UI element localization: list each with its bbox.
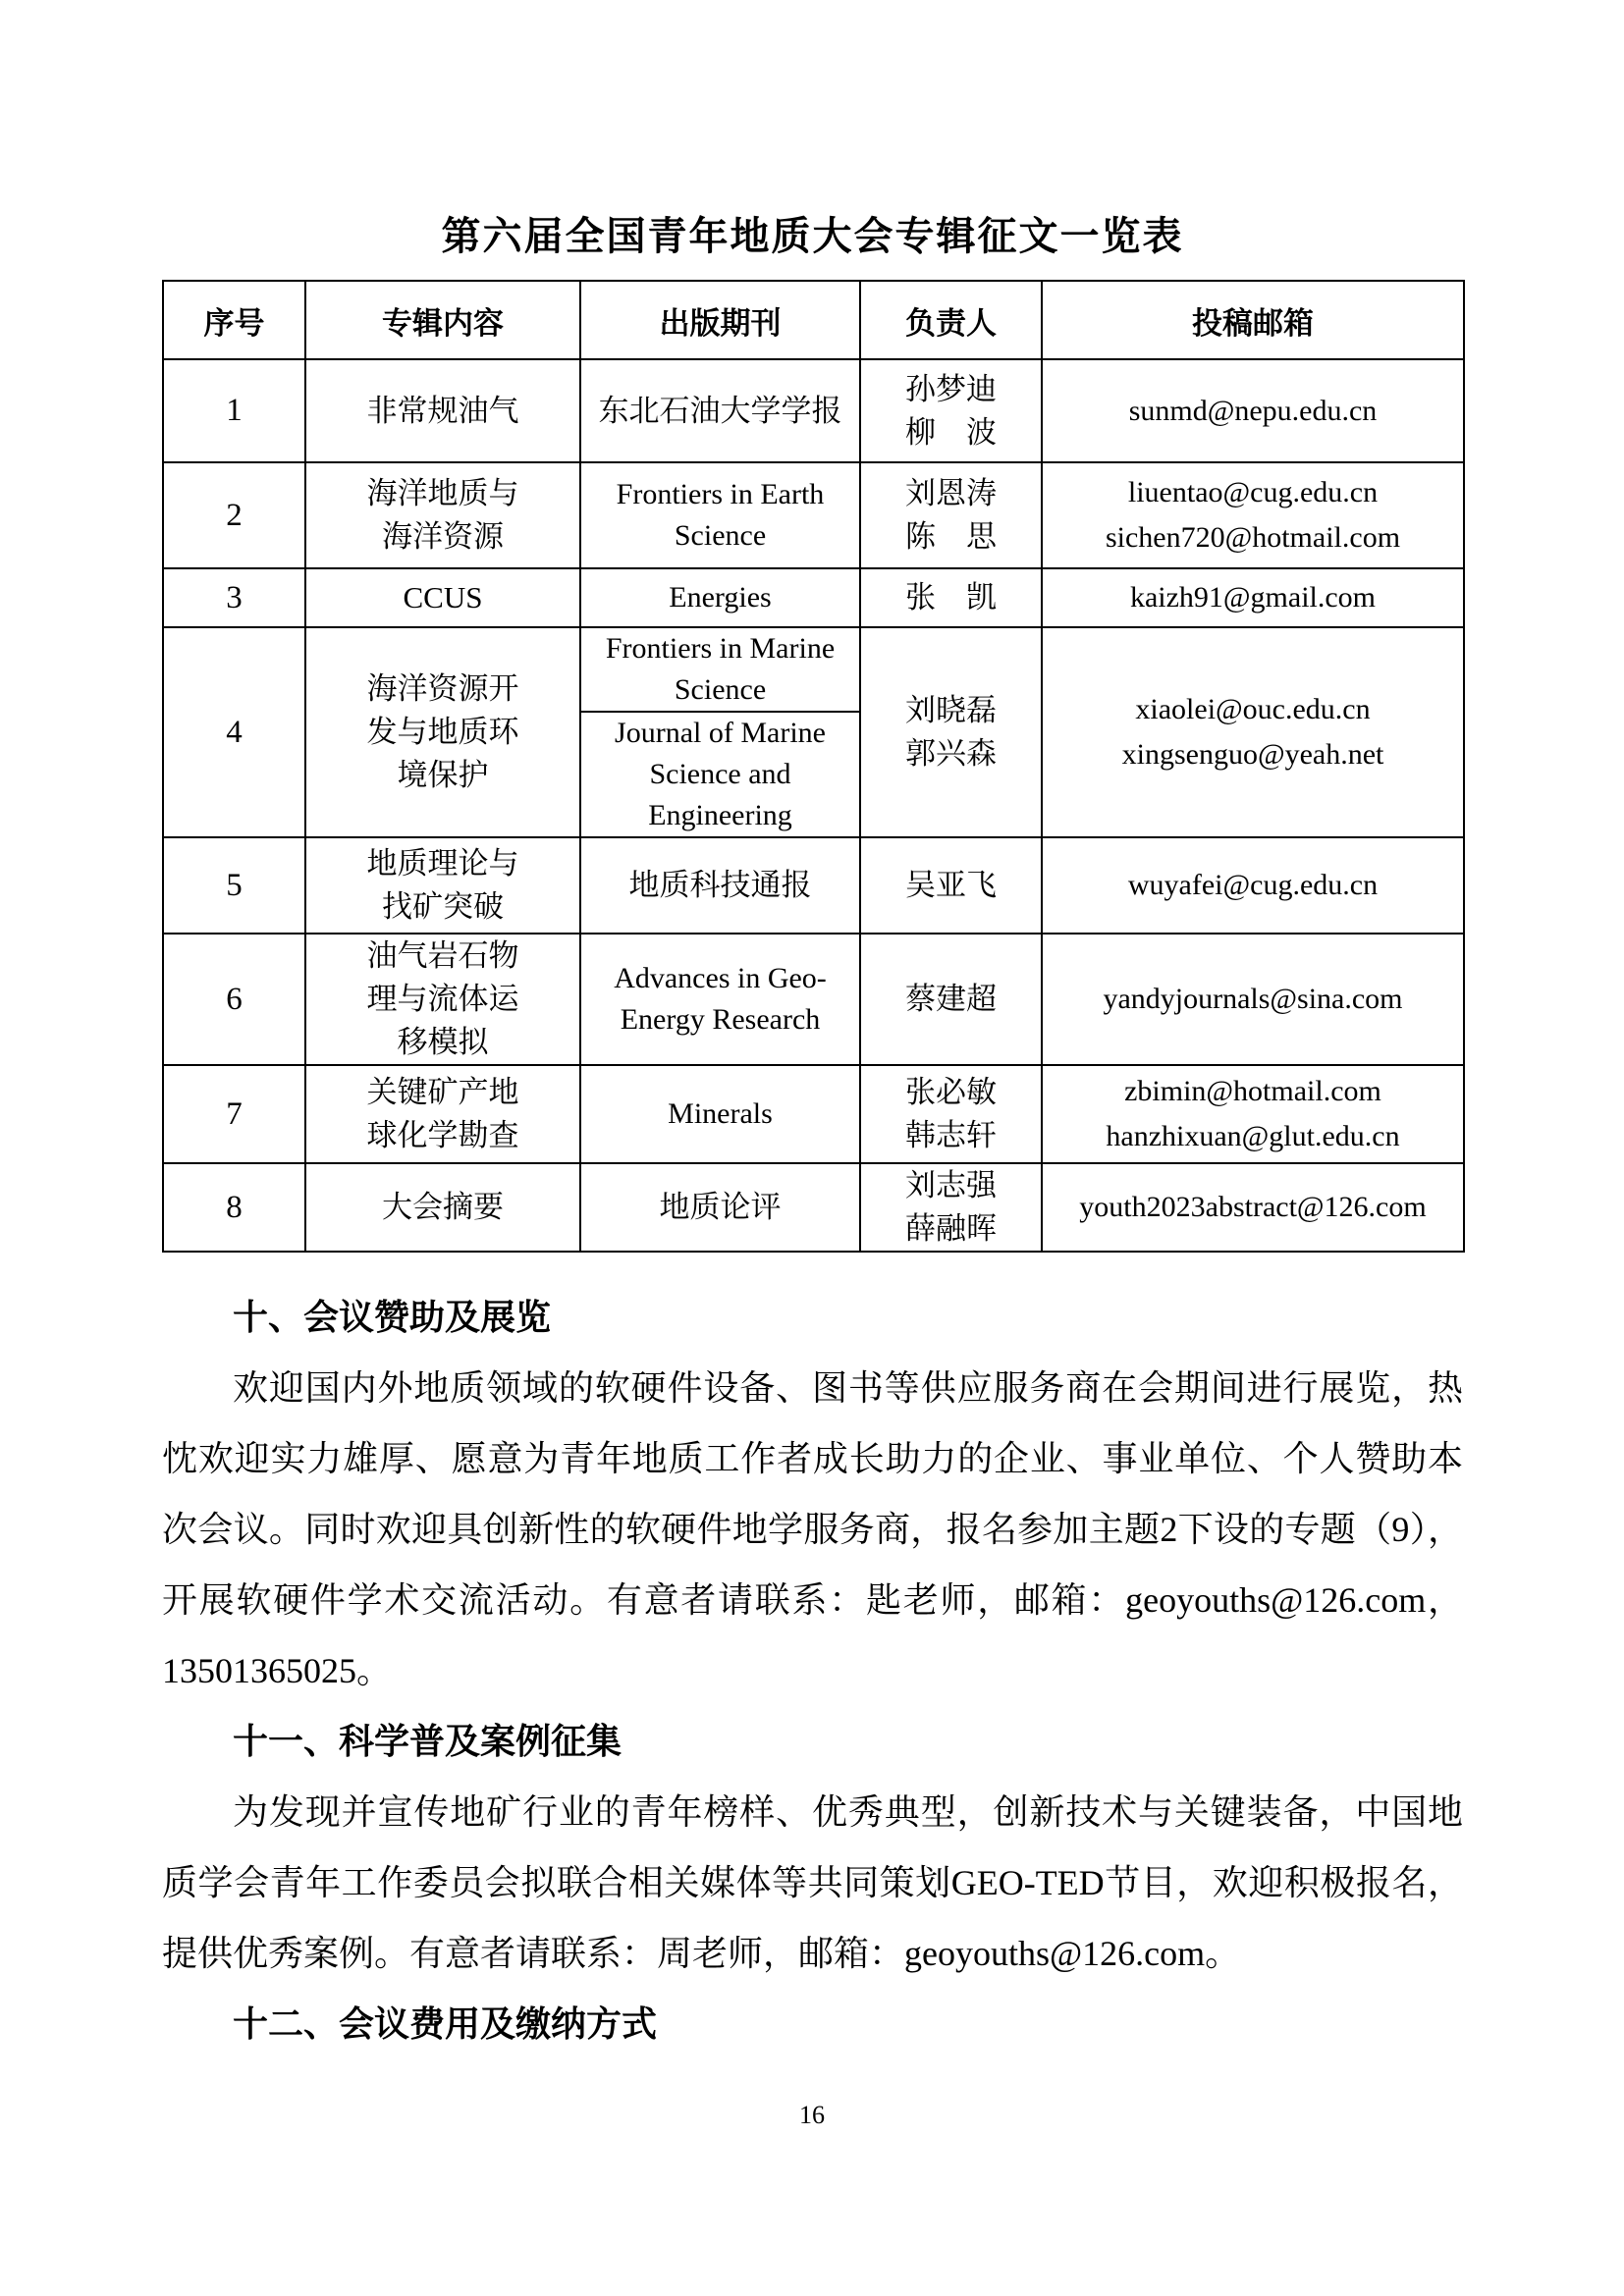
paragraph-science-cases: 为发现并宣传地矿行业的青年榜样、优秀典型，创新技术与关键装备，中国地质学会青年工… [162,1777,1463,1989]
table-row: 5 地质理论与找矿突破 地质科技通报 吴亚飞 wuyafei@cug.edu.c… [163,837,1464,934]
special-issues-table: 序号 专辑内容 出版期刊 负责人 投稿邮箱 1 非常规油气 东北石油大学学报 孙… [162,280,1465,1253]
document-page: 第六届全国青年地质大会专辑征文一览表 序号 专辑内容 出版期刊 负责人 投稿邮箱… [0,0,1624,2296]
header-seq: 序号 [163,281,305,359]
lead-name: 张 凯 [867,576,1035,619]
lead-name: 刘晓磊 [867,689,1035,732]
header-lead: 负责人 [860,281,1042,359]
lead-name: 刘志强 [867,1164,1035,1207]
seq-cell: 8 [163,1163,305,1252]
email-address: sunmd@nepu.edu.cn [1049,389,1457,434]
journal-cell: 地质科技通报 [580,837,860,934]
email-cell: liuentao@cug.edu.cn sichen720@hotmail.co… [1042,462,1464,568]
seq-cell: 1 [163,359,305,462]
lead-cell: 刘恩涛 陈 思 [860,462,1042,568]
lead-cell: 刘志强 薛融晖 [860,1163,1042,1252]
email-address: youth2023abstract@126.com [1049,1185,1457,1230]
table-row: 2 海洋地质与海洋资源 Frontiers in Earth Science 刘… [163,462,1464,568]
email-address: xingsenguo@yeah.net [1049,732,1457,777]
email-address: liuentao@cug.edu.cn [1049,470,1457,515]
journal-cell: 地质论评 [580,1163,860,1252]
email-cell: sunmd@nepu.edu.cn [1042,359,1464,462]
lead-name: 薛融晖 [867,1207,1035,1251]
table-row: 6 油气岩石物理与流体运移模拟 Advances in Geo-Energy R… [163,934,1464,1065]
email-cell: xiaolei@ouc.edu.cn xingsenguo@yeah.net [1042,627,1464,837]
email-address: wuyafei@cug.edu.cn [1049,863,1457,908]
email-cell: youth2023abstract@126.com [1042,1163,1464,1252]
table-row: 7 关键矿产地球化学勘查 Minerals 张必敏 韩志轩 zbimin@hot… [163,1065,1464,1163]
header-journal: 出版期刊 [580,281,860,359]
table-row: 1 非常规油气 东北石油大学学报 孙梦迪 柳 波 sunmd@nepu.edu.… [163,359,1464,462]
seq-cell: 7 [163,1065,305,1163]
lead-cell: 张 凯 [860,568,1042,627]
email-address: hanzhixuan@glut.edu.cn [1049,1114,1457,1159]
journal-cell: Advances in Geo-Energy Research [580,934,860,1065]
content-cell: 海洋地质与海洋资源 [305,462,580,568]
seq-cell: 4 [163,627,305,837]
content-cell: 大会摘要 [305,1163,580,1252]
lead-cell: 孙梦迪 柳 波 [860,359,1042,462]
journal-cell: Journal of Marine Science and Engineerin… [580,712,860,837]
seq-cell: 2 [163,462,305,568]
content-cell: 关键矿产地球化学勘查 [305,1065,580,1163]
email-cell: yandyjournals@sina.com [1042,934,1464,1065]
section-heading-science-cases: 十一、科学普及案例征集 [162,1706,1463,1777]
lead-name: 吴亚飞 [867,864,1035,907]
email-cell: kaizh91@gmail.com [1042,568,1464,627]
journal-cell: 东北石油大学学报 [580,359,860,462]
lead-name: 韩志轩 [867,1114,1035,1157]
lead-name: 张必敏 [867,1071,1035,1114]
email-address: sichen720@hotmail.com [1049,515,1457,561]
email-address: yandyjournals@sina.com [1049,977,1457,1022]
section-heading-fees: 十二、会议费用及缴纳方式 [162,1989,1463,2059]
document-title: 第六届全国青年地质大会专辑征文一览表 [162,209,1463,264]
lead-name: 陈 思 [867,515,1035,559]
table-row: 3 CCUS Energies 张 凯 kaizh91@gmail.com [163,568,1464,627]
table-row: 8 大会摘要 地质论评 刘志强 薛融晖 youth2023abstract@12… [163,1163,1464,1252]
lead-name: 郭兴森 [867,732,1035,775]
lead-name: 蔡建超 [867,978,1035,1021]
lead-cell: 张必敏 韩志轩 [860,1065,1042,1163]
page-number: 16 [0,2101,1624,2130]
content-cell: 非常规油气 [305,359,580,462]
email-address: xiaolei@ouc.edu.cn [1049,687,1457,732]
content-cell: CCUS [305,568,580,627]
content-cell: 油气岩石物理与流体运移模拟 [305,934,580,1065]
header-email: 投稿邮箱 [1042,281,1464,359]
email-cell: zbimin@hotmail.com hanzhixuan@glut.edu.c… [1042,1065,1464,1163]
journal-cell: Frontiers in Earth Science [580,462,860,568]
lead-cell: 吴亚飞 [860,837,1042,934]
lead-cell: 蔡建超 [860,934,1042,1065]
content-cell: 海洋资源开发与地质环境保护 [305,627,580,837]
lead-cell: 刘晓磊 郭兴森 [860,627,1042,837]
section-heading-sponsorship: 十、会议赞助及展览 [162,1282,1463,1353]
content-cell: 地质理论与找矿突破 [305,837,580,934]
lead-name: 刘恩涛 [867,472,1035,515]
seq-cell: 5 [163,837,305,934]
lead-name: 孙梦迪 [867,368,1035,411]
table-row: 4 海洋资源开发与地质环境保护 Frontiers in Marine Scie… [163,627,1464,712]
seq-cell: 6 [163,934,305,1065]
email-address: zbimin@hotmail.com [1049,1069,1457,1114]
lead-name: 柳 波 [867,411,1035,454]
seq-cell: 3 [163,568,305,627]
table-header-row: 序号 专辑内容 出版期刊 负责人 投稿邮箱 [163,281,1464,359]
journal-cell: Energies [580,568,860,627]
journal-cell: Frontiers in Marine Science [580,627,860,712]
header-content: 专辑内容 [305,281,580,359]
paragraph-sponsorship: 欢迎国内外地质领域的软硬件设备、图书等供应服务商在会期间进行展览，热忱欢迎实力雄… [162,1353,1463,1706]
journal-cell: Minerals [580,1065,860,1163]
email-address: kaizh91@gmail.com [1049,575,1457,620]
email-cell: wuyafei@cug.edu.cn [1042,837,1464,934]
